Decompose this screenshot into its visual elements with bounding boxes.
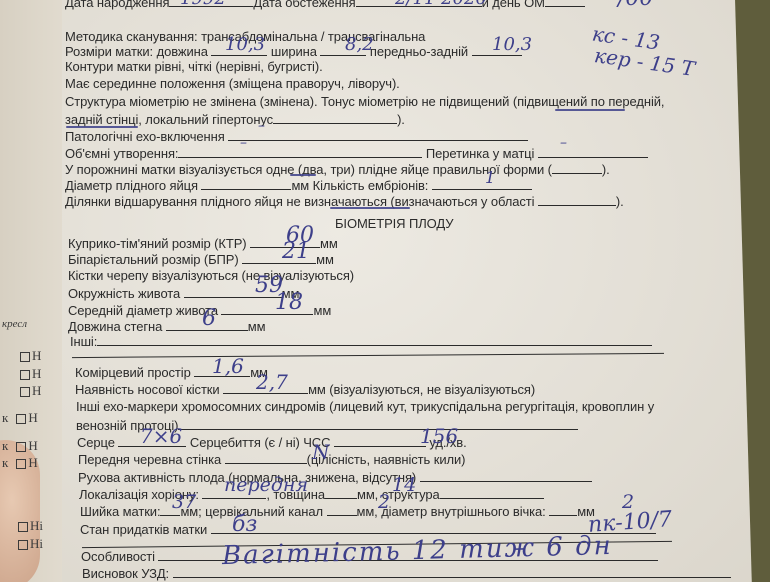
birth-date-value: 1992 (180, 0, 226, 9)
heart-value: 7×6 (140, 424, 182, 448)
nasal-bone-line: Наявність носової кістки мм (візуалізуют… (75, 381, 535, 397)
strip-checkbox-item: Н (12, 383, 41, 399)
strip-checkbox-item: Ні (10, 518, 43, 534)
chorion-line: Локалізація хоріону: , товщинамм, структ… (79, 486, 544, 502)
cervix-value: 37 (172, 491, 196, 513)
strip-word: кресл (2, 318, 27, 330)
checkbox-icon (16, 442, 26, 452)
canal-value: 2 (378, 491, 390, 513)
strip-checkbox-item: Н (12, 366, 41, 382)
embryo-count-value: 1 (485, 168, 495, 187)
checkbox-icon (16, 459, 26, 469)
strip-checkbox-item: кН (2, 438, 38, 454)
conclusion-line: Висновок УЗД: (82, 565, 731, 581)
heart-line: Серце Серцебиття (є / ні) ЧСС уд./хв. (77, 434, 467, 450)
exam-date-value: 2/11 2020 (395, 0, 487, 9)
gestational-sac: У порожнині матки візуалізується одне (д… (65, 161, 610, 177)
exam-date-label: Дата обстеження (253, 0, 355, 10)
abdominal-wall-value: N (312, 440, 330, 464)
biometry-value: 21 (282, 239, 310, 264)
strip-checkbox-item: кН (2, 410, 38, 426)
other-line: Інші: (70, 333, 652, 349)
checkbox-icon (16, 414, 26, 424)
uterus-length-value: 10,3 (225, 34, 265, 55)
pathologic-echo: Патологічні ехо-включення (65, 128, 528, 144)
strip-checkbox-item: Н (12, 348, 41, 364)
adnexa-value: бз (232, 512, 257, 537)
uterus-size-line: Розміри матки: довжина ширина передньо-з… (65, 43, 522, 59)
markers-line-1: Інші ехо-маркери хромосомних синдромів (… (76, 399, 654, 414)
uterus-ap-value: 10,3 (492, 34, 532, 55)
checkbox-icon (18, 540, 28, 550)
biometry-value: 18 (275, 290, 303, 315)
nuchal-value: 1,6 (212, 354, 244, 378)
contours: Контури матки рівні, чіткі (нерівні, буг… (65, 59, 323, 74)
cycle-day-value: /00 (618, 0, 653, 11)
nasal-bone-value: 2,7 (256, 370, 288, 394)
uterus-width-value: 8,2 (345, 34, 374, 55)
cervix-line: Шийка матки:мм; цервікальний канал мм, д… (80, 503, 595, 519)
chorion-thickness-value: 14 (392, 474, 416, 496)
strip-checkbox-item: Ні (10, 536, 43, 552)
myometrium-line-1: Структура міометрію не змінена (змінена)… (65, 94, 664, 109)
checkbox-icon (20, 387, 30, 397)
heart-rate-value: 156 (420, 424, 458, 448)
sac-diameter: Діаметр плідного яйця мм Кількість ембрі… (65, 177, 532, 193)
biometry-row: Довжина стегна мм (68, 318, 265, 334)
abdominal-wall-line: Передня черевна стінка (цілісність, наяв… (78, 451, 465, 467)
checkbox-icon (20, 352, 30, 362)
biometry-value: 6 (202, 306, 216, 331)
ink-underline (555, 109, 625, 111)
checkbox-icon (18, 522, 28, 532)
biometry-row: Кістки черепу візуалізуються (не візуалі… (68, 268, 354, 283)
checkbox-icon (20, 370, 30, 380)
header-line: Дата народженняДата обстеженняй день ОМ (65, 0, 585, 10)
position: Має серединне положення (зміщена правору… (65, 76, 400, 91)
chorion-value: передня (224, 474, 308, 496)
cycle-day-label: й день ОМ (482, 0, 545, 10)
myometrium-line-2: задній стінці, локальний гіпертонус). (65, 111, 405, 127)
motor-activity-line: Рухова активність плода (нормальна, зниж… (78, 469, 592, 485)
biometry-title: БІОМЕТРІЯ ПЛОДУ (335, 216, 453, 231)
strip-checkbox-item: кН (2, 455, 38, 471)
birth-date-label: Дата народження (65, 0, 169, 10)
